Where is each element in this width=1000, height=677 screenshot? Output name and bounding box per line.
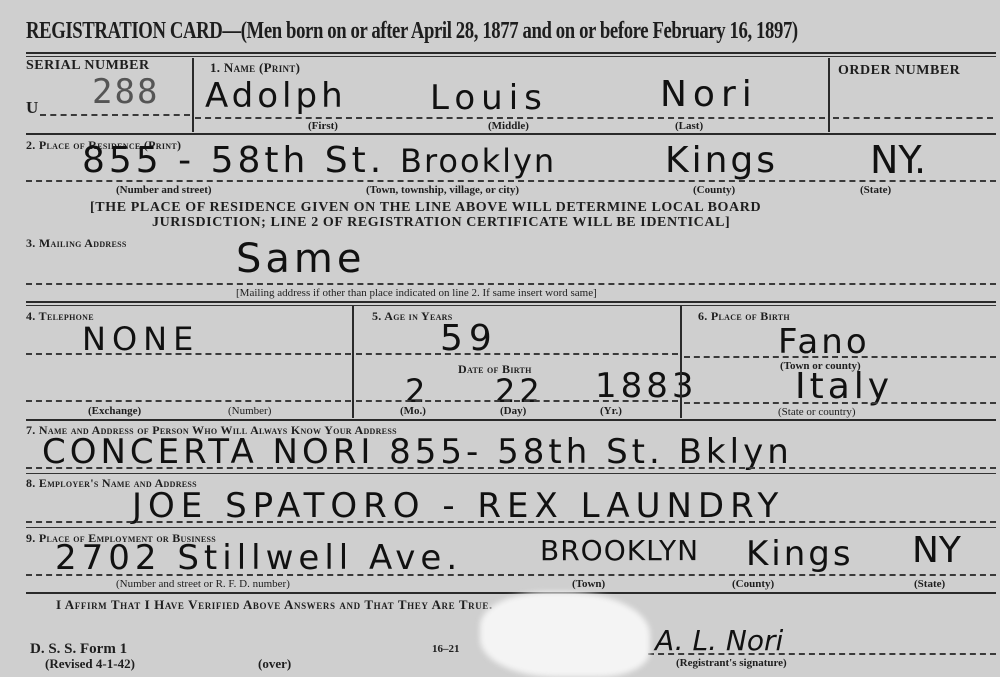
dashed-line: [26, 521, 996, 523]
jurisdiction-notice-line1: [THE PLACE OF RESIDENCE GIVEN ON THE LIN…: [90, 200, 761, 216]
number-caption: (Number): [228, 405, 271, 417]
divider: [26, 301, 996, 303]
state-caption: (State): [860, 184, 891, 196]
dashed-line: [356, 400, 678, 402]
contact-person-value[interactable]: CONCERTA NORI 855- 58th St. Bklyn: [42, 432, 793, 472]
employer-value[interactable]: JOE SPATORO - REX LAUNDRY: [132, 486, 784, 526]
residence-street-value[interactable]: 855 - 58th St.: [82, 140, 385, 181]
redaction-smudge: [480, 592, 650, 677]
name-label: 1. Name (Print): [210, 60, 300, 76]
divider: [828, 58, 830, 132]
divider: [26, 133, 996, 135]
divider: [26, 592, 996, 594]
over-note: (over): [258, 656, 291, 672]
employment-street-value[interactable]: 2702 Stillwell Ave.: [55, 538, 462, 578]
dashed-line: [40, 114, 190, 116]
birth-country-value[interactable]: Italy: [795, 366, 893, 407]
print-code: 16–21: [432, 643, 460, 655]
employment-street-caption: (Number and street or R. F. D. number): [116, 578, 290, 590]
divider: [192, 58, 194, 132]
residence-town-value[interactable]: Brooklyn: [400, 142, 556, 180]
divider: [352, 306, 354, 418]
divider: [26, 305, 996, 306]
signature-line: [648, 653, 996, 655]
place-of-birth-label: 6. Place of Birth: [698, 309, 790, 324]
divider: [26, 52, 996, 54]
middle-name-value[interactable]: Louis: [430, 78, 548, 118]
mailing-address-value[interactable]: Same: [236, 236, 365, 282]
affirmation-text: I Affirm That I Have Verified Above Answ…: [56, 597, 493, 613]
first-caption: (First): [308, 120, 338, 132]
mailing-caption: [Mailing address if other than place ind…: [236, 287, 597, 299]
serial-number-value[interactable]: 288: [92, 72, 159, 112]
dashed-line: [684, 402, 996, 404]
dashed-line: [26, 180, 996, 182]
employment-town-caption: (Town): [572, 578, 605, 590]
dashed-line: [356, 353, 678, 355]
registration-card: REGISTRATION CARD—(Men born on or after …: [0, 0, 1000, 677]
day-caption: (Day): [500, 405, 526, 417]
month-caption: (Mo.): [400, 405, 426, 417]
middle-caption: (Middle): [488, 120, 529, 132]
year-caption: (Yr.): [600, 405, 622, 417]
jurisdiction-notice-line2: JURISDICTION; LINE 2 OF REGISTRATION CER…: [152, 215, 730, 231]
card-title: REGISTRATION CARD—(Men born on or after …: [26, 18, 798, 45]
signature-caption: (Registrant's signature): [676, 657, 787, 669]
residence-state-value[interactable]: NY.: [870, 138, 926, 182]
dashed-line: [26, 467, 996, 469]
employment-town-value[interactable]: BROOKLYN: [540, 534, 699, 567]
first-name-value[interactable]: Adolph: [205, 76, 347, 116]
dashed-line: [26, 400, 351, 402]
employment-county-caption: (County): [732, 578, 774, 590]
street-caption: (Number and street): [116, 184, 212, 196]
dashed-line: [684, 356, 996, 358]
mailing-address-label: 3. Mailing Address: [26, 236, 127, 251]
form-revision: (Revised 4-1-42): [45, 656, 135, 672]
exchange-caption: (Exchange): [88, 405, 141, 417]
birth-country-caption: (State or country): [778, 406, 856, 418]
divider: [26, 56, 996, 57]
dashed-line: [26, 283, 996, 285]
dashed-line: [26, 574, 996, 576]
employment-state-value[interactable]: NY: [912, 530, 961, 571]
dashed-line: [195, 117, 825, 119]
dashed-line: [26, 353, 351, 355]
county-caption: (County): [693, 184, 735, 196]
divider: [26, 527, 996, 528]
last-caption: (Last): [675, 120, 703, 132]
dashed-line: [833, 117, 993, 119]
divider: [26, 419, 996, 421]
employment-state-caption: (State): [914, 578, 945, 590]
employment-county-value[interactable]: Kings: [746, 534, 854, 574]
last-name-value[interactable]: Nori: [660, 74, 758, 115]
town-caption: (Town, township, village, or city): [366, 184, 519, 196]
divider: [26, 473, 996, 474]
divider: [680, 306, 682, 418]
order-number-label: ORDER NUMBER: [838, 63, 960, 79]
serial-prefix: U: [26, 98, 39, 118]
residence-county-value[interactable]: Kings: [665, 140, 778, 181]
